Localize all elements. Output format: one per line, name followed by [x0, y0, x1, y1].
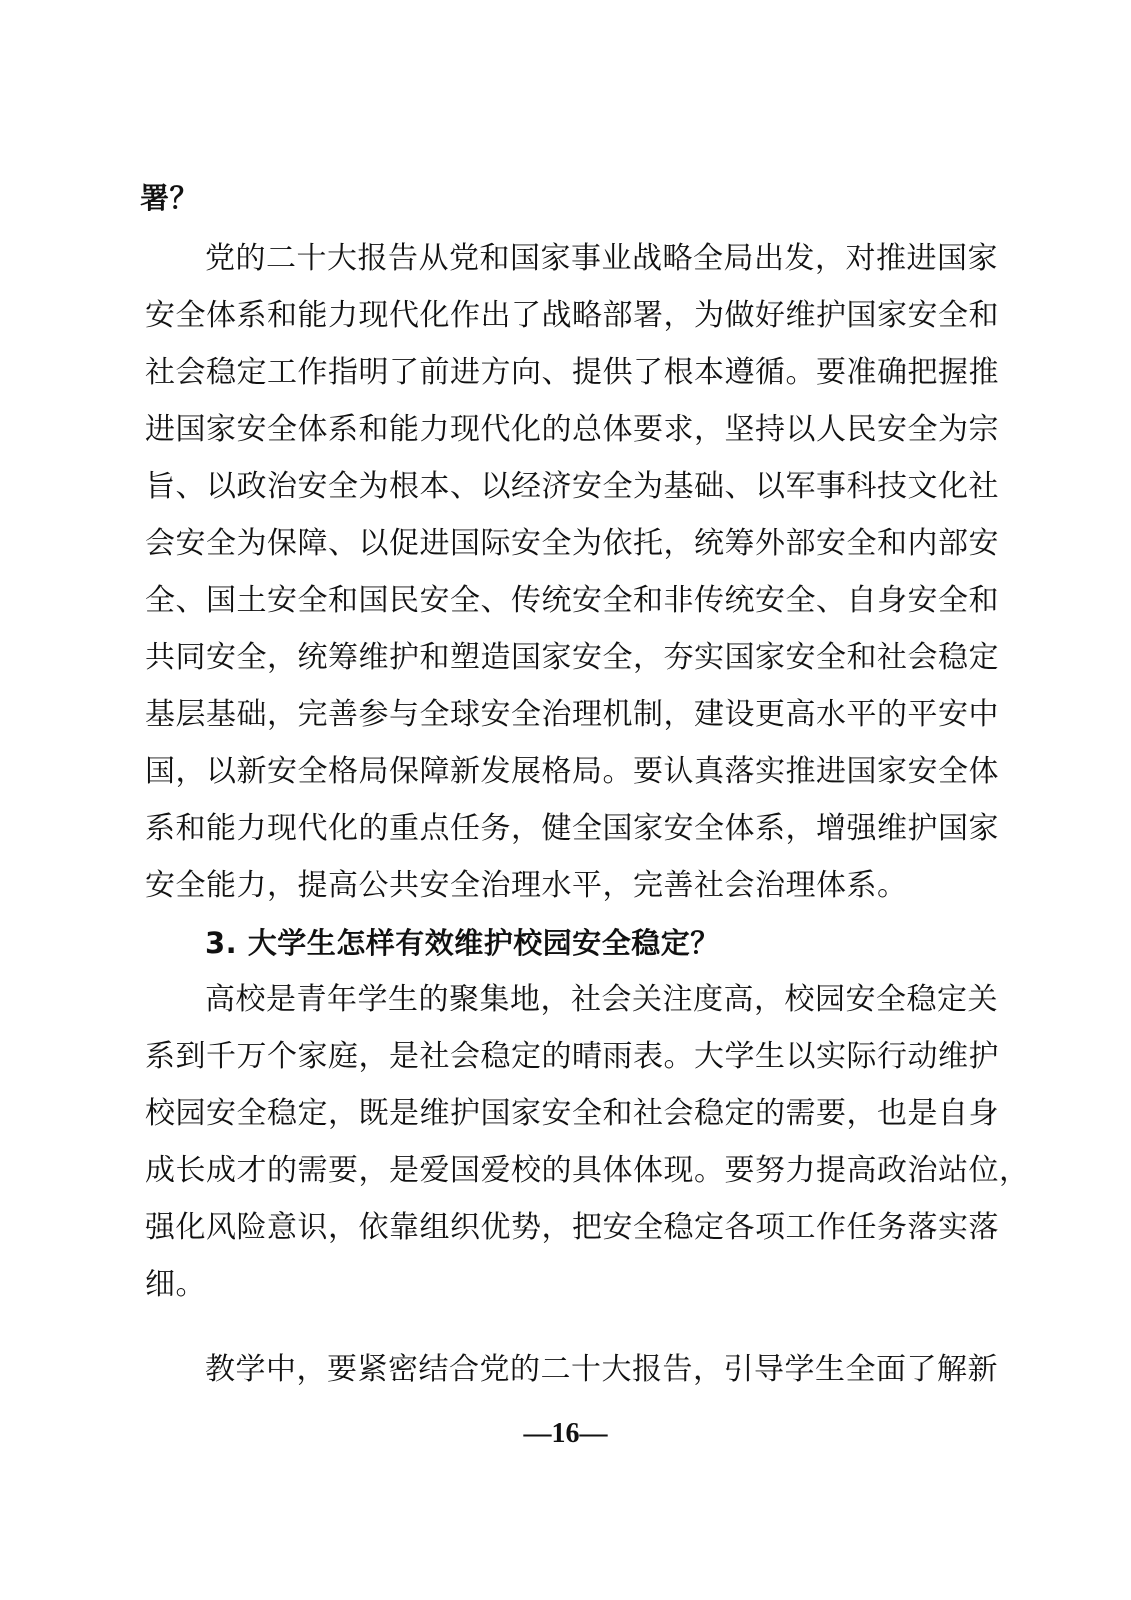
- paragraph-line: 国，以新安全格局保障新发展格局。要认真落实推进国家安全体: [145, 752, 975, 792]
- paragraph-line: 会安全为保障、以促进国际安全为依托，统筹外部安全和内部安: [145, 524, 975, 564]
- paragraph-line: 安全体系和能力现代化作出了战略部署，为做好维护国家安全和: [145, 296, 975, 336]
- paragraph-line: 校园安全稳定，既是维护国家安全和社会稳定的需要，也是自身: [145, 1094, 975, 1134]
- paragraph-line: 细。: [145, 1265, 975, 1305]
- paragraph-line: 共同安全，统筹维护和塑造国家安全，夯实国家安全和社会稳定: [145, 638, 975, 678]
- section-heading: 3. 大学生怎样有效维护校园安全稳定？: [205, 923, 975, 963]
- paragraph-line: 系到千万个家庭，是社会稳定的晴雨表。大学生以实际行动维护: [145, 1037, 975, 1077]
- paragraph-line: 安全能力，提高公共安全治理水平，完善社会治理体系。: [145, 866, 975, 906]
- paragraph-line: 进国家安全体系和能力现代化的总体要求，坚持以人民安全为宗: [145, 410, 975, 450]
- paragraph-line: 系和能力现代化的重点任务，健全国家安全体系，增强维护国家: [145, 809, 975, 849]
- paragraph-line: 教学中，要紧密结合党的二十大报告，引导学生全面了解新: [205, 1350, 975, 1390]
- paragraph-line: 成长成才的需要，是爱国爱校的具体体现。要努力提高政治站位，: [145, 1151, 975, 1191]
- paragraph-line: 社会稳定工作指明了前进方向、提供了根本遵循。要准确把握推: [145, 353, 975, 393]
- paragraph-line: 基层基础，完善参与全球安全治理机制，建设更高水平的平安中: [145, 695, 975, 735]
- paragraph-line: 旨、以政治安全为根本、以经济安全为基础、以军事科技文化社: [145, 467, 975, 507]
- paragraph-line: 强化风险意识，依靠组织优势，把安全稳定各项工作任务落实落: [145, 1208, 975, 1248]
- document-page: 署？ 党的二十大报告从党和国家事业战略全局出发，对推进国家 安全体系和能力现代化…: [0, 0, 1131, 1600]
- paragraph-line: 全、国土安全和国民安全、传统安全和非传统安全、自身安全和: [145, 581, 975, 621]
- heading-continuation: 署？: [140, 178, 240, 218]
- paragraph-line: 党的二十大报告从党和国家事业战略全局出发，对推进国家: [205, 239, 975, 279]
- page-number: —16—: [0, 1416, 1131, 1452]
- paragraph-line: 高校是青年学生的聚集地，社会关注度高，校园安全稳定关: [205, 980, 975, 1020]
